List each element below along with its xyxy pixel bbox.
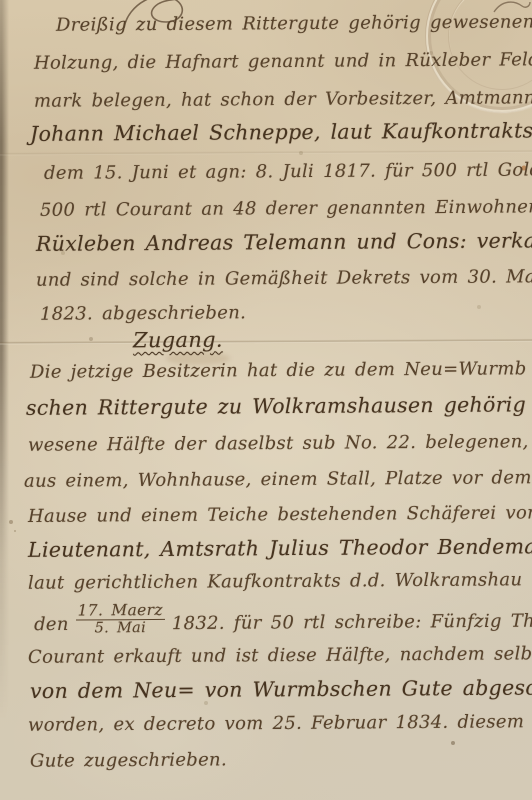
manuscript-line: Lieutenant, Amtsrath Julius Theodor Bend… xyxy=(28,534,532,563)
paper-specks xyxy=(0,0,2,2)
manuscript-line: und sind solche in Gemäßheit Dekrets vom… xyxy=(36,266,532,292)
section-heading: Zugang. xyxy=(133,327,223,354)
manuscript-line: von dem Neu= von Wurmbschen Gute abgesch… xyxy=(30,675,532,705)
date-correction: 17. Maerz5. Mai xyxy=(76,602,165,637)
manuscript-line: Rüxleben Andreas Telemann und Cons: verk… xyxy=(36,228,532,257)
manuscript-line: dem 15. Juni et agn: 8. Juli 1817. für 5… xyxy=(44,159,532,185)
manuscript-line: worden, ex decreto vom 25. Februar 1834.… xyxy=(28,711,524,737)
date-corrected: 5. Mai xyxy=(76,620,165,637)
manuscript-page: Dreißig zu diesem Rittergute gehörig gew… xyxy=(0,0,532,800)
manuscript-line: 1823. abgeschrieben. xyxy=(40,302,246,326)
gutter-shadow xyxy=(0,0,9,800)
fold-crease xyxy=(0,339,532,345)
date-original: 17. Maerz xyxy=(76,602,165,621)
manuscript-line: mark belegen, hat schon der Vorbesitzer,… xyxy=(34,87,532,113)
manuscript-line: Dreißig zu diesem Rittergute gehörig gew… xyxy=(56,11,532,37)
manuscript-line: schen Rittergute zu Wolkramshausen gehör… xyxy=(26,392,532,421)
manuscript-line: wesene Hälfte der daselbst sub No. 22. b… xyxy=(28,431,529,457)
fold-crease xyxy=(0,150,532,156)
manuscript-line: 500 rtl Courant an 48 derer genannten Ei… xyxy=(40,196,532,222)
manuscript-line: laut gerichtlichen Kaufkontrakts d.d. Wo… xyxy=(28,569,522,595)
date-line-prefix: den xyxy=(34,614,69,635)
manuscript-line: Courant erkauft und ist diese Hälfte, na… xyxy=(28,643,532,669)
manuscript-line: Johann Michael Schneppe, laut Kaufkontra… xyxy=(30,118,532,147)
manuscript-line: Die jetzige Besitzerin hat die zu dem Ne… xyxy=(30,358,527,384)
date-line-suffix: 1832. für 50 rtl schreibe: Fünfzig Thale xyxy=(172,610,532,634)
manuscript-line: Gute zugeschrieben. xyxy=(30,749,227,773)
manuscript-line-date: den17. Maerz5. Mai1832. für 50 rtl schre… xyxy=(34,599,532,637)
manuscript-line: Hause und einem Teiche bestehenden Schäf… xyxy=(28,502,532,528)
manuscript-line: Holzung, die Hafnart genannt und in Rüxl… xyxy=(34,49,532,75)
manuscript-line: aus einem, Wohnhause, einem Stall, Platz… xyxy=(24,467,532,493)
